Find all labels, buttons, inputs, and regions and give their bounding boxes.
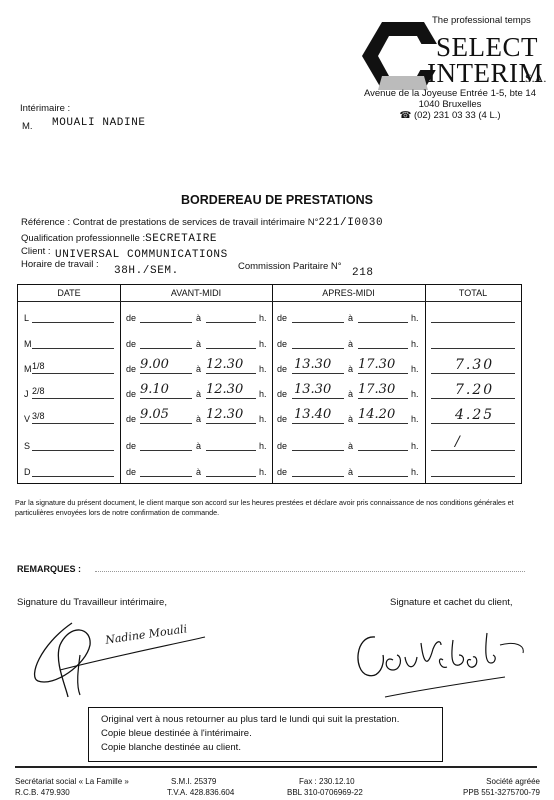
reference-value: 221/I0030 (318, 217, 383, 229)
underline (140, 398, 192, 399)
telephone-icon: ☎ (399, 110, 411, 121)
underline (140, 373, 192, 374)
hour-label: h. (411, 441, 419, 451)
company-legal-suffix: S.A. (525, 71, 546, 86)
qualification-label: Qualification professionnelle : (21, 233, 145, 244)
total-value: 4.25 (455, 407, 494, 423)
table-row: J2/8de9.10à12.30h.de13.30à17.30h.7.20 (18, 381, 521, 404)
date-cell[interactable]: M (18, 331, 120, 354)
total-cell[interactable]: / (425, 433, 521, 456)
from-label: de (126, 389, 136, 399)
hour-label: h. (259, 364, 267, 374)
date-cell[interactable]: L (18, 305, 120, 328)
morning-to: 12.30 (206, 382, 243, 397)
hour-label: h. (259, 389, 267, 399)
copy-original: Original vert à nous retourner au plus t… (101, 713, 442, 727)
company-phone: ☎ (02) 231 03 33 (4 L.) (360, 110, 540, 121)
footer-text: R.C.B. 479.930 (15, 787, 129, 798)
client-label: Client : (21, 246, 51, 257)
footer-text: Secrétariat social « La Famille » (15, 776, 129, 787)
client-signature-label: Signature et cachet du client, (390, 597, 513, 608)
hour-label: h. (411, 313, 419, 323)
company-address: Avenue de la Joyeuse Entrée 1-5, bte 14 … (360, 88, 540, 121)
underline (358, 348, 408, 349)
date-underline (32, 423, 114, 424)
morning-cell[interactable]: deàh. (120, 433, 272, 456)
table-row: Mdeàh.deàh. (18, 331, 521, 354)
to-label: à (196, 414, 201, 424)
afternoon-from: 13.30 (294, 382, 331, 397)
address-line1: Avenue de la Joyeuse Entrée 1-5, bte 14 (360, 88, 540, 99)
table-header: DATE AVANT-MIDI APRES-MIDI TOTAL (18, 285, 521, 302)
to-label: à (348, 441, 353, 451)
footer-text: PPB 551-3275700-79 (430, 787, 540, 798)
worker-signature-label: Signature du Travailleur intérimaire, (17, 597, 167, 608)
to-label: à (196, 364, 201, 374)
worker-label: Intérimaire : (20, 103, 70, 114)
afternoon-cell[interactable]: deàh. (272, 433, 425, 456)
header-morning: AVANT-MIDI (120, 288, 272, 298)
to-label: à (348, 467, 353, 477)
underline (206, 476, 256, 477)
timesheet-table: DATE AVANT-MIDI APRES-MIDI TOTAL Ldeàh.d… (17, 284, 522, 484)
footer-divider (15, 766, 537, 768)
to-label: à (196, 441, 201, 451)
qualification-field: Qualification professionnelle :SECRETAIR… (21, 233, 217, 245)
total-value: 7.20 (455, 382, 494, 398)
date-value: 3/8 (32, 411, 45, 421)
morning-from: 9.00 (140, 357, 169, 372)
worker-title: M. (22, 121, 33, 132)
underline (140, 322, 192, 323)
footer-text: S.M.I. 25379 (167, 776, 234, 787)
footer-smi-vat: S.M.I. 25379 T.V.A. 428.836.604 (167, 776, 234, 798)
company-tagline: The professional temps (432, 15, 531, 26)
total-cell[interactable]: 7.30 (425, 356, 521, 379)
morning-from: 9.05 (140, 407, 169, 422)
table-row: Ldeàh.deàh. (18, 305, 521, 328)
footer-text: T.V.A. 428.836.604 (167, 787, 234, 798)
morning-from: 9.10 (140, 382, 169, 397)
morning-cell[interactable]: de9.05à12.30h. (120, 406, 272, 429)
hour-label: h. (411, 467, 419, 477)
afternoon-cell[interactable]: de13.30à17.30h. (272, 356, 425, 379)
underline (431, 450, 515, 451)
table-row: M1/8de9.00à12.30h.de13.30à17.30h.7.30 (18, 356, 521, 379)
underline (431, 373, 515, 374)
footer-text: Fax : 230.12.10 (287, 776, 363, 787)
from-label: de (277, 467, 287, 477)
underline (292, 450, 344, 451)
day-letter: M (24, 364, 32, 374)
hour-label: h. (259, 339, 267, 349)
hour-label: h. (411, 339, 419, 349)
underline (358, 373, 408, 374)
from-label: de (277, 339, 287, 349)
from-label: de (126, 441, 136, 451)
from-label: de (277, 389, 287, 399)
day-letter: M (24, 339, 32, 349)
total-cell[interactable]: 7.20 (425, 381, 521, 404)
morning-cell[interactable]: de9.10à12.30h. (120, 381, 272, 404)
total-cell[interactable] (425, 459, 521, 482)
underline (292, 476, 344, 477)
qualification-value: SECRETAIRE (145, 233, 217, 245)
underline (206, 450, 256, 451)
afternoon-to: 17.30 (358, 382, 395, 397)
table-row: Sdeàh.deàh./ (18, 433, 521, 456)
afternoon-cell[interactable]: de13.40à14.20h. (272, 406, 425, 429)
table-row: V3/8de9.05à12.30h.de13.40à14.20h.4.25 (18, 406, 521, 429)
underline (292, 373, 344, 374)
header-date: DATE (18, 288, 120, 298)
from-label: de (126, 313, 136, 323)
from-label: de (277, 441, 287, 451)
underline (431, 348, 515, 349)
day-letter: L (24, 313, 29, 323)
from-label: de (126, 364, 136, 374)
afternoon-cell[interactable]: deàh. (272, 305, 425, 328)
remarks-label: REMARQUES : (17, 564, 81, 574)
date-cell[interactable]: S (18, 433, 120, 456)
total-cell[interactable]: 4.25 (425, 406, 521, 429)
day-letter: D (24, 467, 31, 477)
morning-cell[interactable]: deàh. (120, 305, 272, 328)
hour-label: h. (411, 389, 419, 399)
total-cell[interactable] (425, 331, 521, 354)
underline (206, 423, 256, 424)
reference-field: Référence : Contrat de prestations de se… (21, 217, 383, 229)
underline (358, 423, 408, 424)
afternoon-cell[interactable]: deàh. (272, 331, 425, 354)
worker-name: MOUALI NADINE (52, 117, 146, 129)
underline (358, 476, 408, 477)
afternoon-cell[interactable]: de13.30à17.30h. (272, 381, 425, 404)
phone-number: (02) 231 03 33 (4 L.) (414, 110, 501, 121)
commission-label: Commission Paritaire N° (238, 261, 342, 272)
afternoon-cell[interactable]: deàh. (272, 459, 425, 482)
date-underline (32, 348, 114, 349)
underline (140, 450, 192, 451)
client-signature (345, 615, 530, 700)
hour-label: h. (259, 441, 267, 451)
commission-value: 218 (352, 267, 374, 279)
to-label: à (348, 313, 353, 323)
afternoon-from: 13.40 (294, 407, 331, 422)
underline (431, 423, 515, 424)
footer-text: BBL 310-0706969-22 (287, 787, 363, 798)
hour-label: h. (259, 467, 267, 477)
to-label: à (348, 389, 353, 399)
underline (206, 322, 256, 323)
total-cell[interactable] (425, 305, 521, 328)
afternoon-to: 17.30 (358, 357, 395, 372)
afternoon-from: 13.30 (294, 357, 331, 372)
agreement-notice: Par la signature du présent document, le… (15, 498, 535, 518)
hour-label: h. (411, 364, 419, 374)
hour-label: h. (259, 414, 267, 424)
underline (431, 398, 515, 399)
from-label: de (126, 467, 136, 477)
date-underline (32, 450, 114, 451)
underline (292, 348, 344, 349)
to-label: à (348, 339, 353, 349)
morning-cell[interactable]: de9.00à12.30h. (120, 356, 272, 379)
from-label: de (126, 414, 136, 424)
underline (431, 322, 515, 323)
date-underline (32, 373, 114, 374)
morning-to: 12.30 (206, 407, 243, 422)
underline (358, 322, 408, 323)
footer-social-secretariat: Secrétariat social « La Famille » R.C.B.… (15, 776, 129, 798)
underline (431, 476, 515, 477)
hour-label: h. (259, 313, 267, 323)
footer-approval: Société agréée PPB 551-3275700-79 (430, 776, 540, 798)
date-cell[interactable]: M1/8 (18, 356, 120, 379)
to-label: à (196, 467, 201, 477)
underline (140, 348, 192, 349)
day-letter: V (24, 414, 30, 424)
hour-label: h. (411, 414, 419, 424)
copy-blue: Copie bleue destinée à l'intérimaire. (101, 727, 442, 741)
date-cell[interactable]: D (18, 459, 120, 482)
morning-cell[interactable]: deàh. (120, 459, 272, 482)
from-label: de (277, 364, 287, 374)
underline (206, 373, 256, 374)
footer-text: Société agréée (430, 776, 540, 787)
day-letter: S (24, 441, 30, 451)
copy-distribution-box: Original vert à nous retourner au plus t… (88, 707, 443, 762)
table-row: Ddeàh.deàh. (18, 459, 521, 482)
to-label: à (196, 339, 201, 349)
underline (206, 348, 256, 349)
footer-fax-bank: Fax : 230.12.10 BBL 310-0706969-22 (287, 776, 363, 798)
underline (358, 398, 408, 399)
to-label: à (348, 414, 353, 424)
address-line2: 1040 Bruxelles (360, 99, 540, 110)
reference-label: Référence : Contrat de prestations de se… (21, 217, 318, 228)
underline (206, 398, 256, 399)
date-value: 2/8 (32, 386, 45, 396)
date-cell[interactable]: J2/8 (18, 381, 120, 404)
morning-to: 12.30 (206, 357, 243, 372)
total-value: / (455, 434, 462, 450)
date-underline (32, 476, 114, 477)
company-name-line1: SELECT (436, 34, 538, 61)
to-label: à (196, 389, 201, 399)
header-total: TOTAL (425, 288, 521, 298)
to-label: à (196, 313, 201, 323)
date-cell[interactable]: V3/8 (18, 406, 120, 429)
copy-white: Copie blanche destinée au client. (101, 741, 442, 755)
from-label: de (277, 313, 287, 323)
underline (140, 423, 192, 424)
morning-cell[interactable]: deàh. (120, 331, 272, 354)
date-value: 1/8 (32, 361, 45, 371)
from-label: de (126, 339, 136, 349)
schedule-value: 38H./SEM. (114, 265, 179, 277)
to-label: à (348, 364, 353, 374)
header-afternoon: APRES-MIDI (272, 288, 425, 298)
underline (292, 398, 344, 399)
date-underline (32, 398, 114, 399)
schedule-label: Horaire de travail : (21, 259, 99, 270)
underline (292, 322, 344, 323)
underline (358, 450, 408, 451)
underline (140, 476, 192, 477)
document-title: BORDEREAU DE PRESTATIONS (0, 193, 554, 207)
day-letter: J (24, 389, 29, 399)
from-label: de (277, 414, 287, 424)
afternoon-to: 14.20 (358, 407, 395, 422)
date-underline (32, 322, 114, 323)
remarks-line[interactable] (95, 571, 525, 573)
total-value: 7.30 (455, 357, 494, 373)
underline (292, 423, 344, 424)
